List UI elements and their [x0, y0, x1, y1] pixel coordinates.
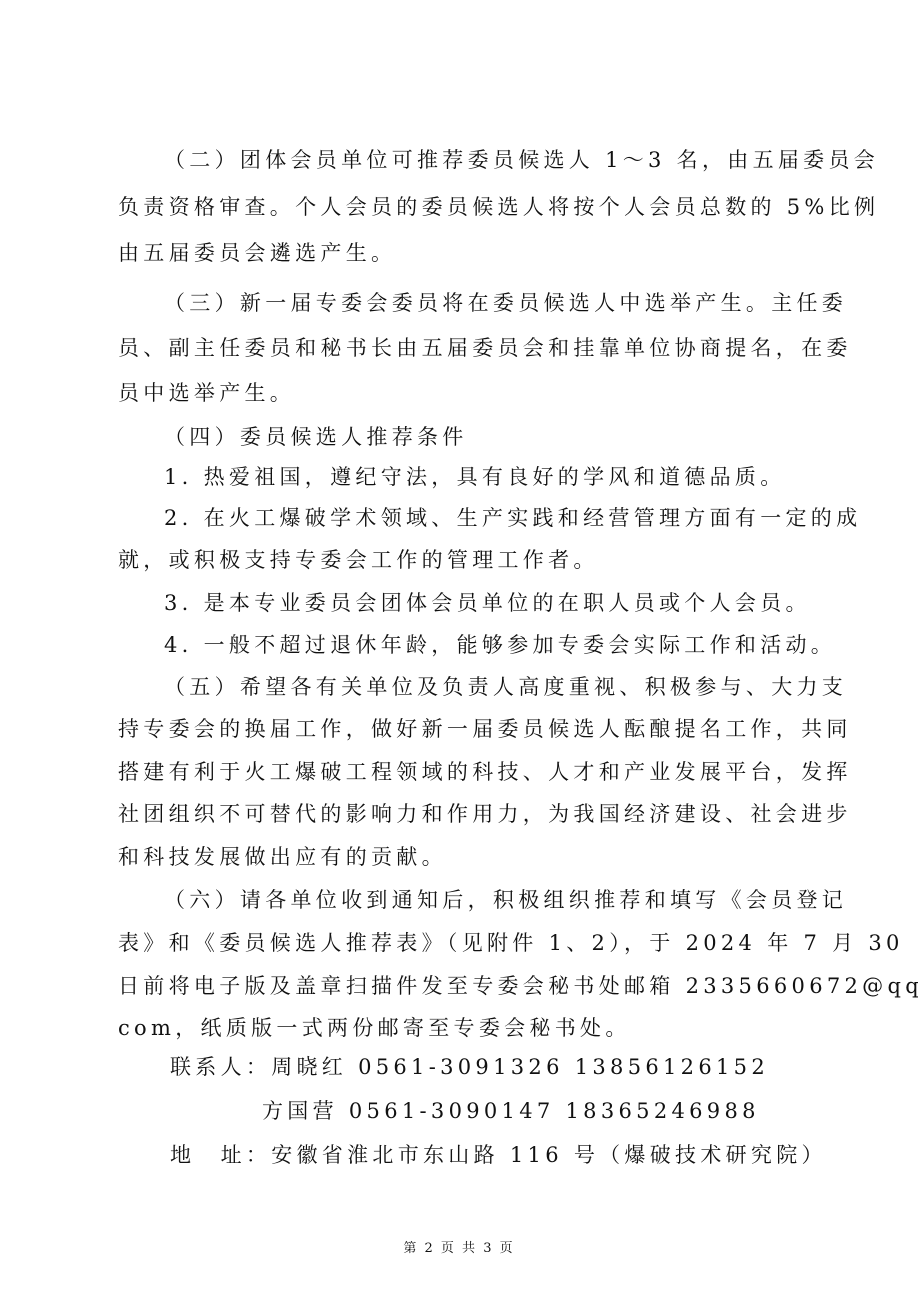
paragraph-line: 3. 是本专业委员会团体会员单位的在职人员或个人会员。 — [164, 588, 811, 618]
paragraph-line: 搭建有利于火工爆破工程领域的科技、人才和产业发展平台，发挥 — [118, 757, 852, 787]
address-line: 地 址：安徽省淮北市东山路 116 号（爆破技术研究院） — [170, 1140, 827, 1170]
paragraph-line: 员中选举产生。 — [118, 378, 295, 408]
paragraph-line: （四）委员候选人推荐条件 — [164, 422, 468, 452]
paragraph-line: 表》和《委员候选人推荐表》（见附件 1、2），于 2024 年 7 月 30 — [118, 928, 904, 958]
page-footer: 第 2 页 共 3 页 — [0, 1237, 918, 1256]
paragraph-line: （六）请各单位收到通知后，积极组织推荐和填写《会员登记 — [164, 885, 847, 915]
contact-person: 联系人：周晓红 0561-3091326 13856126152 — [170, 1052, 769, 1082]
paragraph-line: （三）新一届专委会委员将在委员候选人中选举产生。主任委 — [164, 288, 847, 318]
contact-person: 方国营 0561-3090147 18365246988 — [262, 1096, 760, 1126]
paragraph-line: 4. 一般不超过退休年龄，能够参加专委会实际工作和活动。 — [164, 630, 836, 660]
paragraph-line: 负责资格审查。个人会员的委员候选人将按个人会员总数的 5%比例 — [118, 192, 879, 222]
paragraph-line: （二）团体会员单位可推荐委员候选人 1～3 名，由五届委员会 — [164, 145, 879, 175]
paragraph-line: com，纸质版一式两份邮寄至专委会秘书处。 — [118, 1013, 631, 1043]
paragraph-line: 持专委会的换届工作，做好新一届委员候选人酝酿提名工作，共同 — [118, 714, 852, 744]
paragraph-line: 日前将电子版及盖章扫描件发至专委会秘书处邮箱 2335660672@qq. — [118, 971, 918, 1001]
paragraph-line: 就，或积极支持专委会工作的管理工作者。 — [118, 545, 599, 575]
paragraph-line: 由五届委员会遴选产生。 — [118, 238, 396, 268]
paragraph-line: 2. 在火工爆破学术领域、生产实践和经营管理方面有一定的成 — [164, 503, 861, 533]
paragraph-line: 1. 热爱祖国，遵纪守法，具有良好的学风和道德品质。 — [164, 462, 786, 492]
paragraph-line: 员、副主任委员和秘书长由五届委员会和挂靠单位协商提名，在委 — [118, 333, 852, 363]
paragraph-line: 和科技发展做出应有的贡献。 — [118, 842, 447, 872]
paragraph-line: （五）希望各有关单位及负责人高度重视、积极参与、大力支 — [164, 672, 847, 702]
document-page: （二）团体会员单位可推荐委员候选人 1～3 名，由五届委员会负责资格审查。个人会… — [0, 0, 918, 1298]
paragraph-line: 社团组织不可替代的影响力和作用力，为我国经济建设、社会进步 — [118, 799, 852, 829]
